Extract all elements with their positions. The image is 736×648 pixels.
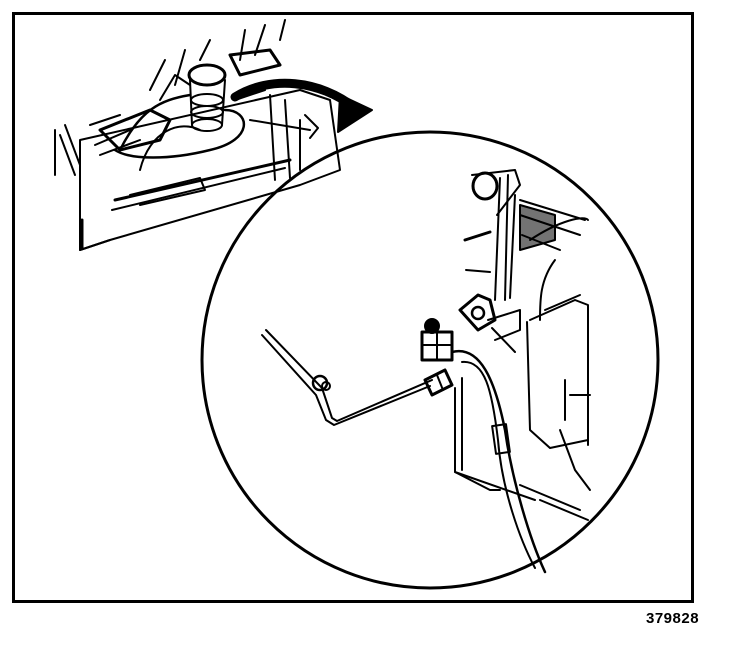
overview-assembly-drawing <box>55 20 340 250</box>
figure-number: 379828 <box>646 610 699 627</box>
detail-line-connection-drawing <box>262 170 590 572</box>
line-art-illustration <box>0 0 736 648</box>
